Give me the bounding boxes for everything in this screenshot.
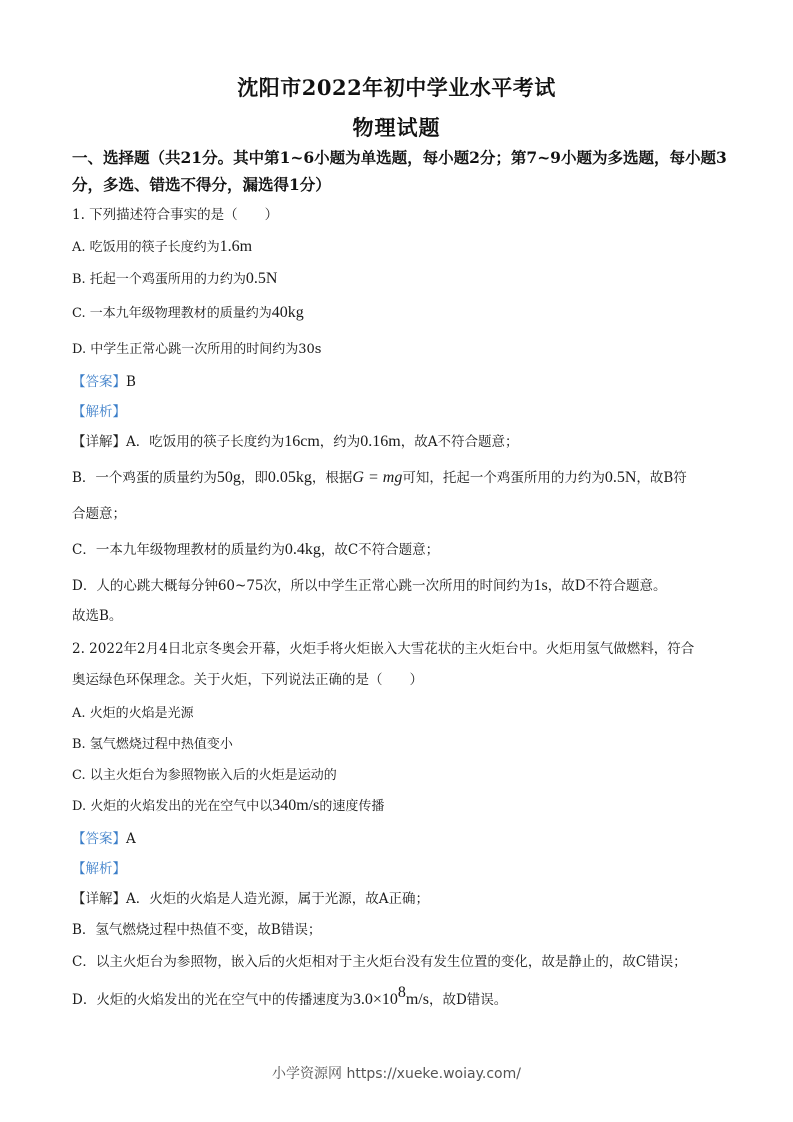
question-1-option-b: B. 托起一个鸡蛋所用的力约为0.5N <box>72 268 277 288</box>
question-1-detail-d: D．人的心跳大概每分钟60~75次，所以中学生正常心跳一次所用的时间约为1s，故… <box>72 574 667 595</box>
question-2-stem-line2: 奥运绿色环保理念。关于火炬，下列说法正确的是（ ） <box>72 668 423 688</box>
question-2-stem-line1: 2. 2022年2月4日北京冬奥会开幕，火炬手将火炬嵌入大雪花状的主火炬台中。火… <box>72 637 694 657</box>
question-1-option-d: D. 中学生正常心跳一次所用的时间约为30s <box>72 338 321 357</box>
question-2-detail-b: B．氢气燃烧过程中热值不变，故B错误； <box>72 918 321 938</box>
exam-title: 沈阳市2022年初中学业水平考试 <box>0 72 793 102</box>
document-page: 沈阳市2022年初中学业水平考试 物理试题 一、选择题（共21分。其中第1~6小… <box>0 0 793 1122</box>
question-2-option-b: B. 氢气燃烧过程中热值变小 <box>72 733 233 752</box>
exam-subtitle: 物理试题 <box>0 112 793 142</box>
question-1-option-a: A. 吃饭用的筷子长度约为1.6m <box>72 236 252 256</box>
answer-label: 【答案】 <box>72 374 126 390</box>
question-2-detail-d: D．火炬的火焰发出的光在空气中的传播速度为3.0×108m/s，故D错误。 <box>72 984 507 1009</box>
question-2-option-d: D. 火炬的火焰发出的光在空气中以340m/s的速度传播 <box>72 795 384 815</box>
question-2-analysis-label: 【解析】 <box>72 857 126 877</box>
question-1-detail-b-cont: 合题意； <box>72 502 126 522</box>
question-1-stem: 1. 下列描述符合事实的是（ ） <box>72 203 278 223</box>
question-1-detail-c: C．一本九年级物理教材的质量约为0.4kg，故C不符合题意； <box>72 538 439 559</box>
question-1-analysis-label: 【解析】 <box>72 400 126 420</box>
answer-label: 【答案】 <box>72 831 126 847</box>
question-2-detail-c: C．以主火炬台为参照物，嵌入后的火炬相对于主火炬台没有发生位置的变化，故是静止的… <box>72 950 687 970</box>
watermark-footer: 小学资源网 https://xueke.woiay.com/ <box>0 1063 793 1083</box>
question-2-option-a: A. 火炬的火焰是光源 <box>72 702 194 721</box>
question-2-answer: 【答案】A <box>72 827 136 847</box>
question-1-option-c: C. 一本九年级物理教材的质量约为40kg <box>72 302 304 322</box>
question-2-option-c: C. 以主火炬台为参照物嵌入后的火炬是运动的 <box>72 764 337 783</box>
question-1-answer: 【答案】B <box>72 370 136 390</box>
question-1-detail-b: B．一个鸡蛋的质量约为50g，即0.05kg，根据G = mg可知，托起一个鸡蛋… <box>72 466 687 487</box>
section-heading: 一、选择题（共21分。其中第1~6小题为单选题，每小题2分；第7~9小题为多选题… <box>72 144 727 198</box>
question-1-detail-a: 【详解】A．吃饭用的筷子长度约为16cm，约为0.16m，故A不符合题意； <box>72 430 519 451</box>
question-2-detail-a: 【详解】A．火炬的火焰是人造光源，属于光源，故A正确； <box>72 887 429 907</box>
question-1-conclusion: 故选B。 <box>72 604 122 624</box>
